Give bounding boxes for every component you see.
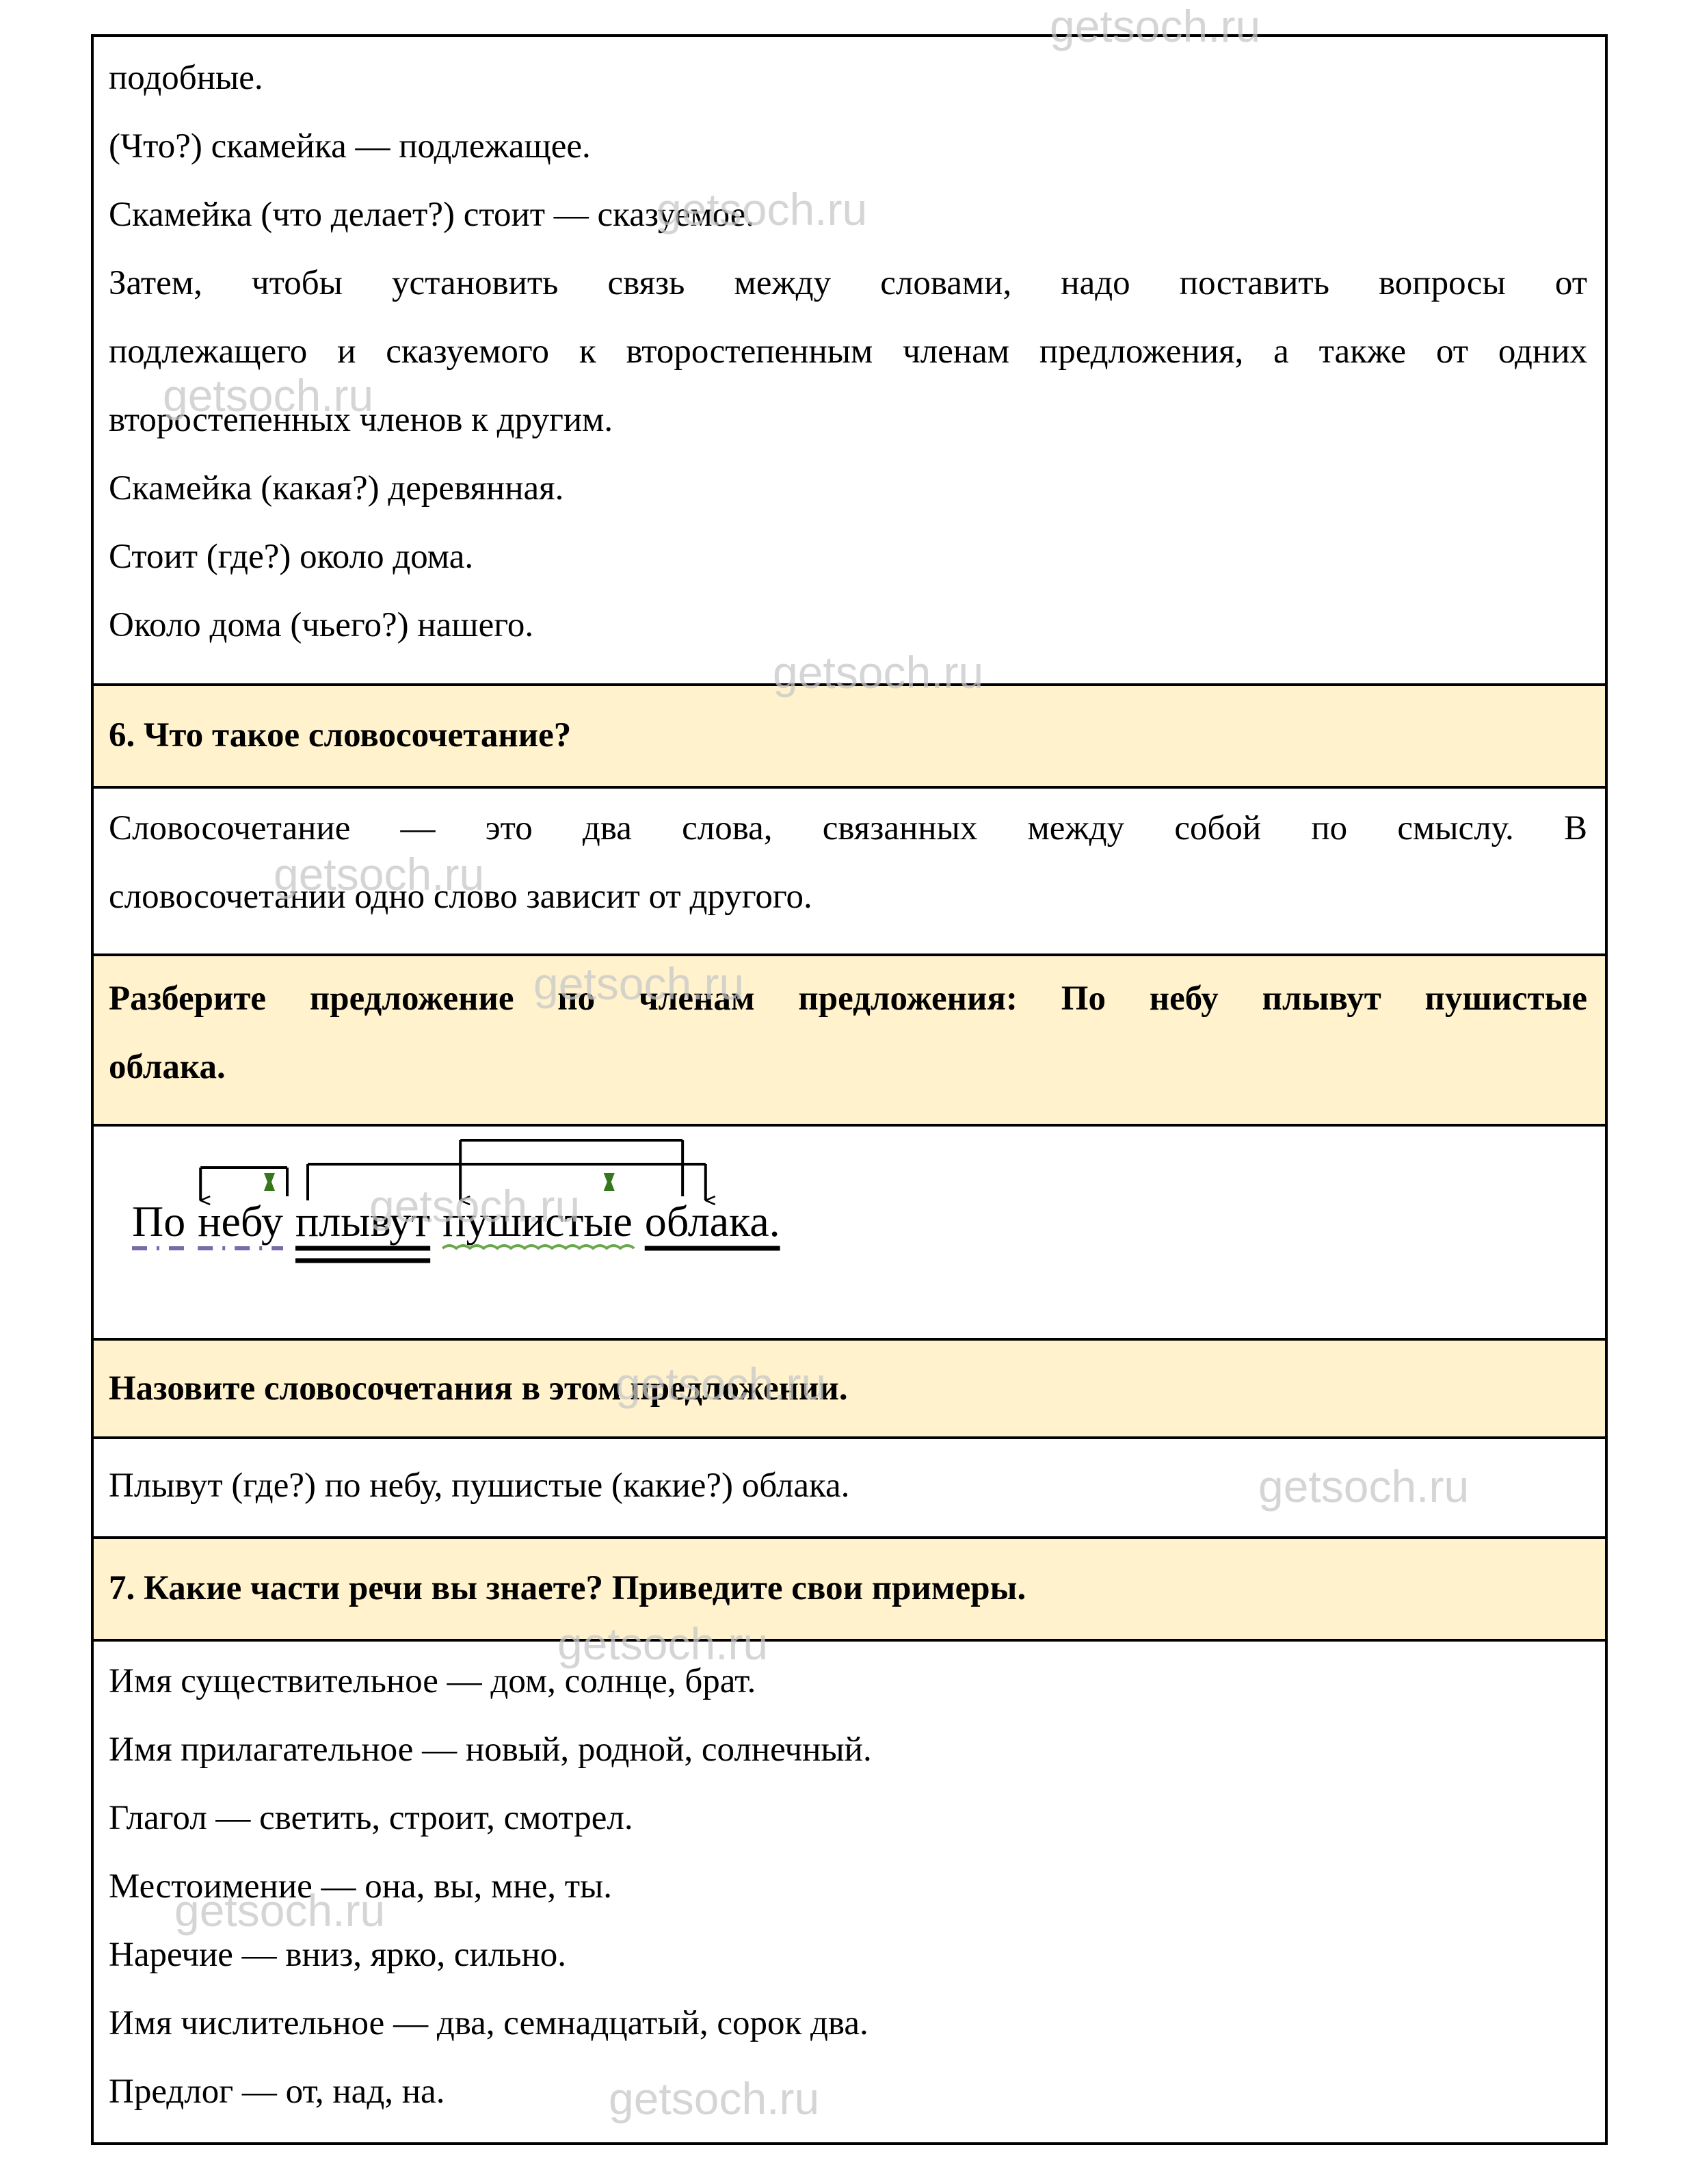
- text-line: подлежащего и сказуемого к второстепенны…: [109, 317, 1587, 386]
- explanation-cell: подобные. (Что?) скамейка — подлежащее. …: [94, 37, 1605, 685]
- document-table: подобные. (Что?) скамейка — подлежащее. …: [91, 34, 1608, 2145]
- diagram-word: По: [132, 1197, 185, 1246]
- question-7-answer-cell: Имя существительное — дом, солнце, брат.…: [94, 1642, 1605, 2142]
- ending-mark-icon: [264, 1173, 275, 1191]
- text-line: Затем, чтобы установить связь между слов…: [109, 249, 1587, 317]
- list-item: Имя числительное — два, семнадцатый, сор…: [109, 1989, 1587, 2057]
- phrases-answer: Плывут (где?) по небу, пушистые (какие?)…: [109, 1451, 1587, 1520]
- diagram-word: пушистые: [442, 1197, 633, 1246]
- text-line: Стоит (где?) около дома.: [109, 523, 1587, 591]
- ending-mark-icon: [604, 1173, 615, 1191]
- diagram-word: плывут: [295, 1197, 430, 1246]
- text-line: (Что?) скамейка — подлежащее.: [109, 112, 1587, 181]
- diagram-word: небу: [198, 1197, 283, 1246]
- question-7-title: 7. Какие части речи вы знаете? Приведите…: [109, 1554, 1587, 1622]
- list-item: Местоимение — она, вы, мне, ты.: [109, 1852, 1587, 1921]
- list-item: Имя прилагательное — новый, родной, солн…: [109, 1715, 1587, 1784]
- parts-of-speech-list: Имя существительное — дом, солнце, брат.…: [109, 1647, 1587, 2126]
- text-line: подобные.: [109, 44, 1587, 112]
- explanation-text: подобные. (Что?) скамейка — подлежащее. …: [109, 44, 1587, 659]
- text-line: Скамейка (какая?) деревянная.: [109, 454, 1587, 523]
- question-7-header: 7. Какие части речи вы знаете? Приведите…: [94, 1539, 1605, 1639]
- phrases-task-header: Назовите словосочетания в этом предложен…: [94, 1341, 1605, 1436]
- text-line: второстепенных членов к другим.: [109, 386, 1587, 454]
- list-item: Наречие — вниз, ярко, сильно.: [109, 1921, 1587, 1989]
- text-line: облака.: [109, 1033, 1587, 1101]
- parse-task-header: Разберите предложение по членам предложе…: [94, 956, 1605, 1124]
- list-item: Глагол — светить, строит, смотрел.: [109, 1784, 1587, 1852]
- parse-task-title: Разберите предложение по членам предложе…: [109, 964, 1587, 1101]
- list-item: Предлог — от, над, на.: [109, 2057, 1587, 2126]
- list-item: Имя существительное — дом, солнце, брат.: [109, 1647, 1587, 1715]
- text-line: Около дома (чьего?) нашего.: [109, 591, 1587, 659]
- phrases-task-title: Назовите словосочетания в этом предложен…: [109, 1354, 1587, 1423]
- text-line: Скамейка (что делает?) стоит — сказуемое…: [109, 181, 1587, 249]
- question-6-answer-cell: Словосочетание — это два слова, связанны…: [94, 789, 1605, 953]
- text-line: словосочетании одно слово зависит от дру…: [109, 863, 1587, 931]
- sentence-parse-diagram: Понебуплывутпушистыеоблака.: [94, 1127, 1610, 1340]
- question-6-title: 6. Что такое словосочетание?: [109, 701, 1587, 769]
- text-line: Словосочетание — это два слова, связанны…: [109, 794, 1587, 863]
- question-6-answer: Словосочетание — это два слова, связанны…: [109, 794, 1587, 931]
- text-line: Разберите предложение по членам предложе…: [109, 964, 1587, 1033]
- phrases-answer-cell: Плывут (где?) по небу, пушистые (какие?)…: [94, 1439, 1605, 1536]
- parse-diagram-cell: Понебуплывутпушистыеоблака.: [94, 1127, 1605, 1338]
- diagram-word: облака.: [645, 1197, 780, 1246]
- question-6-header: 6. Что такое словосочетание?: [94, 686, 1605, 786]
